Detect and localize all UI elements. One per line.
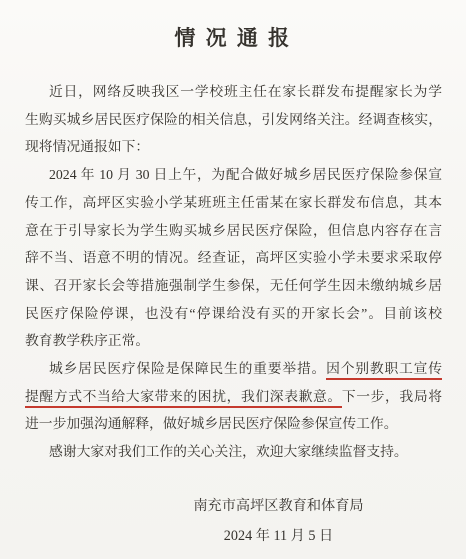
paragraph-line: 感谢大家对我们工作的关心关注，欢迎大家继续监督支持。 [25,438,442,466]
paragraph-line: 辞不当、语意不明的情况。经查证，高坪区实验小学未要求采取停 [25,244,442,272]
notice-footer: 南充市高坪区教育和体育局 2024 年 11 月 5 日 [139,491,442,551]
paragraph-line: 近日，网络反映我区一学校班主任在家长群发布提醒家长为学 [25,78,442,106]
paragraph-line: 教育教学秩序正常。 [25,327,442,355]
paragraph-line: 城乡居民医疗保险是保障民生的重要举措。因个别教职工宣传 [25,355,442,383]
paragraph-line: 现将情况通报如下： [25,133,442,161]
paragraph-line: 2024 年 10 月 30 日上午，为配合做好城乡居民医疗保险参保宣 [25,161,442,189]
paragraph-line: 提醒方式不当给大家带来的困扰，我们深表歉意。下一步，我局将 [25,383,442,411]
notice-document: 情 况 通 报 近日，网络反映我区一学校班主任在家长群发布提醒家长为学 生购买城… [0,0,466,559]
notice-body: 近日，网络反映我区一学校班主任在家长群发布提醒家长为学 生购买城乡居民医疗保险的… [0,78,466,551]
paragraph-line: 传工作，高坪区实验小学某班班主任雷某在家长群发布信息，其本 [25,189,442,217]
underline-highlight-apology: 因个别教职工宣传 [326,361,442,380]
underline-highlight-apology: 提醒方式不当给大家带来的困扰，我们深表歉意。 [25,389,342,408]
paragraph-text: 下一步，我局将 [342,389,442,404]
issue-date: 2024 年 11 月 5 日 [139,521,418,551]
paragraph-line: 进一步加强沟通解释，做好城乡居民医疗保险参保宣传工作。 [25,410,442,438]
issuer-signature: 南充市高坪区教育和体育局 [139,491,418,521]
paragraph-line: 课、召开家长会等措施强制学生参保，无任何学生因未缴纳城乡居 [25,272,442,300]
paragraph-line: 意在于引导家长为学生购买城乡居民医疗保险，但信息内容存在言 [25,217,442,245]
paragraph-line: 民医疗保险停课，也没有“停课给没有买的开家长会”。目前该校 [25,300,442,328]
notice-title: 情 况 通 报 [0,0,466,52]
paragraph-line: 生购买城乡居民医疗保险的相关信息，引发网络关注。经调查核实， [25,106,442,134]
paragraph-text: 城乡居民医疗保险是保障民生的重要举措。 [49,361,326,376]
